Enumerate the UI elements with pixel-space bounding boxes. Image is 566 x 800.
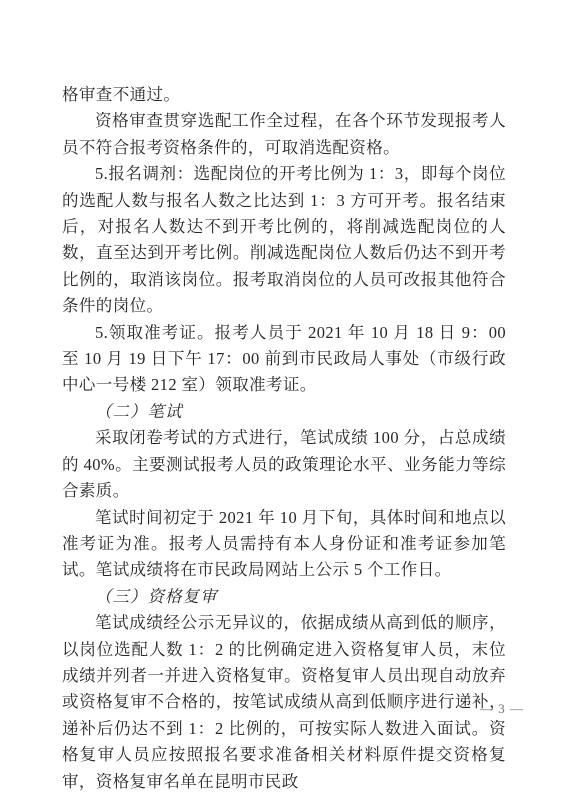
- section-heading-written-exam: （二）笔试: [62, 399, 506, 425]
- paragraph-admission-ticket: 5.领取准考证。报考人员于 2021 年 10 月 18 日 9：00 至 10…: [62, 320, 506, 399]
- document-page: 格审查不通过。 资格审查贯穿选配工作全过程，在各个环节发现报考人员不符合报考资格…: [0, 0, 566, 800]
- paragraph-exam-format: 采取闭卷考试的方式进行，笔试成绩 100 分，占总成绩的 40%。主要测试报考人…: [62, 425, 506, 504]
- document-body: 格审查不通过。 资格审查贯穿选配工作全过程，在各个环节发现报考人员不符合报考资格…: [62, 82, 506, 795]
- section-heading-qualification-recheck: （三）资格复审: [62, 584, 506, 610]
- paragraph-recheck-rules: 笔试成绩经公示无异议的，依据成绩从高到低的顺序，以岗位选配人数 1：2 的比例确…: [62, 610, 506, 795]
- page-number: — 3 —: [480, 701, 524, 717]
- paragraph-qualification-review: 资格审查贯穿选配工作全过程，在各个环节发现报考人员不符合报考资格条件的，可取消选…: [62, 108, 506, 161]
- paragraph-continuation: 格审查不通过。: [62, 82, 506, 108]
- paragraph-exam-time: 笔试时间初定于 2021 年 10 月下旬，具体时间和地点以准考证为准。报考人员…: [62, 505, 506, 584]
- paragraph-registration-adjustment: 5.报名调剂：选配岗位的开考比例为 1：3，即每个岗位的选配人数与报名人数之比达…: [62, 161, 506, 319]
